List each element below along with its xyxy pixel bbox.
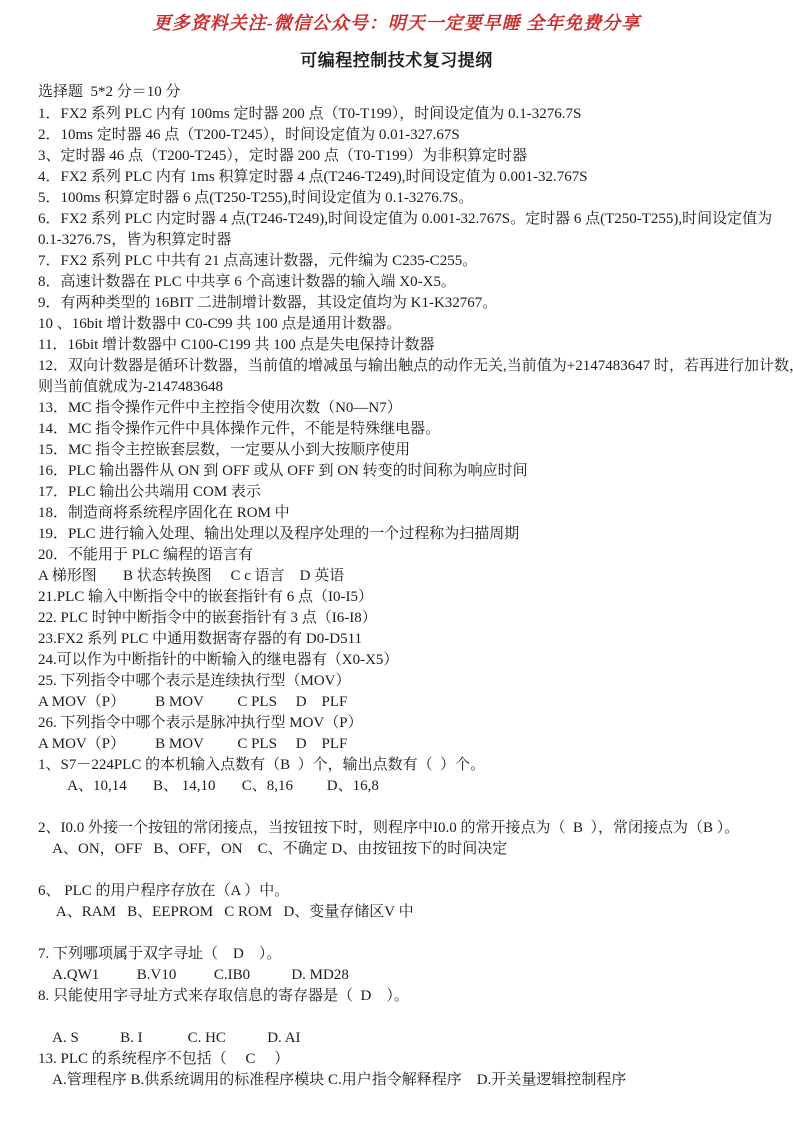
document-line: A. S B. I C. HC D. AI [38, 1028, 763, 1049]
document-line: 22. PLC 时钟中断指令中的嵌套指针有 3 点（I6-I8） [38, 608, 763, 629]
document-line: A、ON，OFF B、OFF，ON C、不确定 D、由按钮按下的时间决定 [38, 839, 763, 860]
document-page: 更多资料关注-微信公众号：明天一定要早睡 全年免费分享 可编程控制技术复习提纲 … [0, 0, 793, 1122]
document-line: 9．有两种类型的 16BIT 二进制增计数器，其设定值均为 K1-K32767。 [38, 293, 763, 314]
section-heading: 选择题 5*2 分＝10 分 [38, 80, 793, 101]
document-line: 18．制造商将系统程序固化在 ROM 中 [38, 503, 763, 524]
document-line: 0.1-3276.7S，皆为积算定时器 [38, 230, 763, 251]
document-line: 17．PLC 输出公共端用 COM 表示 [38, 482, 763, 503]
document-line: 7. 下列哪项属于双字寻址（ D ）。 [38, 944, 763, 965]
document-line: 3、定时器 46 点（T200-T245），定时器 200 点（T0-T199）… [38, 146, 763, 167]
document-line: 1．FX2 系列 PLC 内有 100ms 定时器 200 点（T0-T199）… [38, 104, 763, 125]
document-line: 13. PLC 的系统程序不包括（ C ） [38, 1049, 763, 1070]
document-line: A MOV（P） B MOV C PLS D PLF [38, 692, 763, 713]
document-line: 24.可以作为中断指针的中断输入的继电器有（X0-X5） [38, 650, 763, 671]
document-line: A.管理程序 B.供系统调用的标准程序模块 C.用户指令解释程序 D.开关量逻辑… [38, 1070, 763, 1091]
document-line: 23.FX2 系列 PLC 中通用数据寄存器的有 D0-D511 [38, 629, 763, 650]
document-line: 13．MC 指令操作元件中主控指令使用次数（N0—N7） [38, 398, 763, 419]
document-line: 19．PLC 进行输入处理、输出处理以及程序处理的一个过程称为扫描周期 [38, 524, 763, 545]
document-line: 6、 PLC 的用户程序存放在（A ）中。 [38, 881, 763, 902]
document-line: 10 、16bit 增计数器中 C0-C99 共 100 点是通用计数器。 [38, 314, 763, 335]
document-line [38, 860, 763, 881]
document-line: 16．PLC 输出器件从 ON 到 OFF 或从 OFF 到 ON 转变的时间称… [38, 461, 763, 482]
document-line [38, 797, 763, 818]
document-line: 则当前值就成为-2147483648 [38, 377, 763, 398]
document-body: 1．FX2 系列 PLC 内有 100ms 定时器 200 点（T0-T199）… [38, 104, 763, 1091]
document-line: 15．MC 指令主控嵌套层数，一定要从小到大按顺序使用 [38, 440, 763, 461]
document-title: 可编程控制技术复习提纲 [0, 46, 793, 71]
document-line: 21.PLC 输入中断指令中的嵌套指针有 6 点（I0-I5） [38, 587, 763, 608]
document-line: 5．100ms 积算定时器 6 点(T250-T255),时间设定值为 0.1-… [38, 188, 763, 209]
document-line: 8．高速计数器在 PLC 中共享 6 个高速计数器的输入端 X0-X5。 [38, 272, 763, 293]
document-line: 20．不能用于 PLC 编程的语言有 [38, 545, 763, 566]
document-line: A.QW1 B.V10 C.IB0 D. MD28 [38, 965, 763, 986]
document-line: A MOV（P） B MOV C PLS D PLF [38, 734, 763, 755]
document-line: A、10,14 B、 14,10 C、8,16 D、16,8 [38, 776, 763, 797]
document-line: 4．FX2 系列 PLC 内有 1ms 积算定时器 4 点(T246-T249)… [38, 167, 763, 188]
header-notice: 更多资料关注-微信公众号：明天一定要早睡 全年免费分享 [0, 0, 793, 35]
document-line: 11．16bit 增计数器中 C100-C199 共 100 点是失电保持计数器 [38, 335, 763, 356]
document-line [38, 1007, 763, 1028]
document-line: 1、S7－224PLC 的本机输入点数有（B ）个，输出点数有（ ）个。 [38, 755, 763, 776]
document-line: 2．10ms 定时器 46 点（T200-T245），时间设定值为 0.01-3… [38, 125, 763, 146]
document-line [38, 923, 763, 944]
document-line: 12．双向计数器是循环计数器，当前值的增减虽与输出触点的动作无关,当前值为+21… [38, 356, 763, 377]
document-line: 14．MC 指令操作元件中具体操作元件，不能是特殊继电器。 [38, 419, 763, 440]
document-line: 26. 下列指令中哪个表示是脉冲执行型 MOV（P） [38, 713, 763, 734]
document-line: 8. 只能使用字寻址方式来存取信息的寄存器是（ D ）。 [38, 986, 763, 1007]
document-line: A 梯形图 B 状态转换图 C c 语言 D 英语 [38, 566, 763, 587]
document-line: 2、I0.0 外接一个按钮的常闭接点，当按钮按下时，则程序中I0.0 的常开接点… [38, 818, 763, 839]
document-line: 6．FX2 系列 PLC 内定时器 4 点(T246-T249),时间设定值为 … [38, 209, 763, 230]
document-line: A、RAM B、EEPROM C ROM D、变量存储区V 中 [38, 902, 763, 923]
document-line: 7．FX2 系列 PLC 中共有 21 点高速计数器，元件编为 C235-C25… [38, 251, 763, 272]
document-line: 25. 下列指令中哪个表示是连续执行型（MOV） [38, 671, 763, 692]
